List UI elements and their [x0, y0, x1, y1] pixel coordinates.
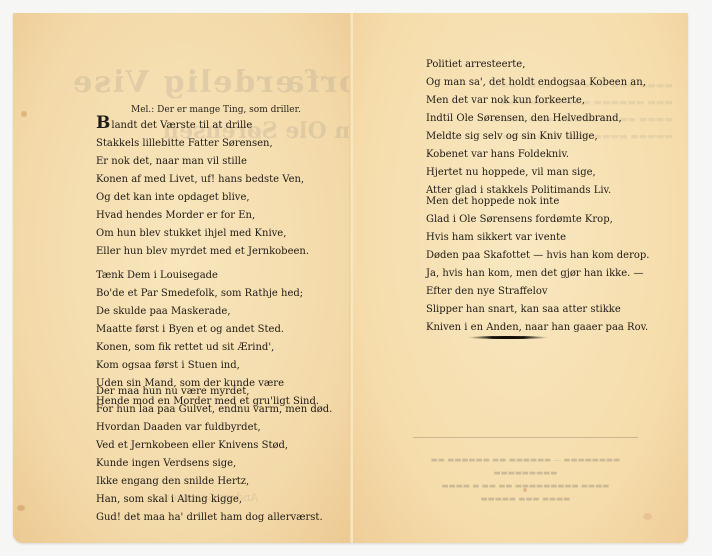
- verse-line: Konen af med Livet, uf! hans bedste Ven,: [96, 171, 309, 189]
- booklet-spread: Ny og forfærdelig Vise Morderen Ole Søre…: [13, 13, 688, 543]
- verse-line: Kniven i en Anden, naar han gaaer paa Ro…: [426, 319, 649, 337]
- bleed-through-rule: [413, 437, 638, 438]
- verse-line: Slipper han snart, kan saa atter stikke: [426, 301, 649, 319]
- verse-line: Der maa hun nu være myrdet,: [96, 383, 332, 401]
- verse-line: Hvis ham sikkert var ivente: [426, 229, 649, 247]
- verse-line: Blandt det Værste til at drille: [96, 117, 309, 135]
- verse-line: Ja, hvis han kom, men det gjør han ikke.…: [426, 265, 649, 283]
- verse-line: Kunde ingen Verdsens sige,: [96, 455, 332, 473]
- verse-line: Kobenet var hans Foldekniv.: [426, 146, 646, 164]
- verse-line: For hun laa paa Gulvet, endnu varm, men …: [96, 401, 332, 419]
- stanza-5: Men det hoppede nok inte Glad i Ole Søre…: [426, 193, 649, 337]
- verse-line: Ved et Jernkobeen eller Knivens Stød,: [96, 437, 332, 455]
- end-ornament-rule: [468, 336, 548, 339]
- verse-line: Tænk Dem i Louisegade: [96, 267, 319, 285]
- left-page: Ny og forfærdelig Vise Morderen Ole Søre…: [13, 13, 351, 543]
- stanza-1: Blandt det Værste til at drille Stakkels…: [96, 117, 309, 261]
- foxing-spot: [21, 111, 27, 117]
- verse-line: Og det kan inte opdaget blive,: [96, 189, 309, 207]
- verse-line: Bo'de et Par Smedefolk, som Rathje hed;: [96, 285, 319, 303]
- foxing-spot: [17, 505, 25, 511]
- verse-line: Kom ogsaa først i Stuen ind,: [96, 357, 319, 375]
- verse-line: Gud! det maa ha' drillet ham dog allervæ…: [96, 509, 332, 527]
- verse-line: Stakkels lillebitte Fatter Sørensen,: [96, 135, 309, 153]
- verse-line: Hjertet nu hoppede, vil man sige,: [426, 164, 646, 182]
- verse-line: Meldte sig selv og sin Kniv tillige,: [426, 128, 646, 146]
- foxing-spot: [643, 513, 652, 520]
- verse-line: Og man sa', det holdt endogsaa Kobeen an…: [426, 74, 646, 92]
- verse-line: Hvordan Daaden var fuldbyrdet,: [96, 419, 332, 437]
- verse-line: Han, som skal i Alting kigge,: [96, 491, 332, 509]
- verse-line: Indtil Ole Sørensen, den Helvedbrand,: [426, 110, 646, 128]
- drop-cap: B: [96, 113, 110, 133]
- verse-line: Politiet arresteerte,: [426, 56, 646, 74]
- verse-line: Om hun blev stukket ihjel med Knive,: [96, 225, 309, 243]
- verse-line: Glad i Ole Sørensens fordømte Krop,: [426, 211, 649, 229]
- verse-line: Er nok det, naar man vil stille: [96, 153, 309, 171]
- right-page: ▬▬▬▬ ▬▬▬ ▬▬▬▬▬▬ ▬▬▬▬ ▬▬▬▬▬▬ ▬▬▬▬▬▬ ▬▬▬ ▬…: [353, 13, 688, 543]
- verse-line: Men det var nok kun forkeerte,: [426, 92, 646, 110]
- verse-line: Konen, som fik rettet ud sit Ærind',: [96, 339, 319, 357]
- melody-line: Mel.: Der er mange Ting, som driller.: [131, 105, 301, 115]
- verse-line: De skulde paa Maskerade,: [96, 303, 319, 321]
- foxing-spot: [523, 488, 527, 492]
- verse-line: Maatte først i Byen et og andet Sted.: [96, 321, 319, 339]
- verse-line: Efter den nye Straffelov: [426, 283, 649, 301]
- verse-line: Eller hun blev myrdet med et Jernkobeen.: [96, 243, 309, 261]
- bleed-through-imprint: ▬▬▬▬▬▬▬▬ — ▬▬▬▬▬▬ ▬▬ ▬▬▬▬▬▬ ▬▬ ▬▬▬▬▬▬▬▬▬…: [413, 453, 638, 505]
- stanza-3: Der maa hun nu være myrdet, For hun laa …: [96, 383, 332, 527]
- verse-line: Døden paa Skafottet — hvis han kom derop…: [426, 247, 649, 265]
- verse-line: Ikke engang den snilde Hertz,: [96, 473, 332, 491]
- verse-line: Hvad hendes Morder er for En,: [96, 207, 309, 225]
- stanza-4: Politiet arresteerte, Og man sa', det ho…: [426, 56, 646, 200]
- verse-line: Men det hoppede nok inte: [426, 193, 649, 211]
